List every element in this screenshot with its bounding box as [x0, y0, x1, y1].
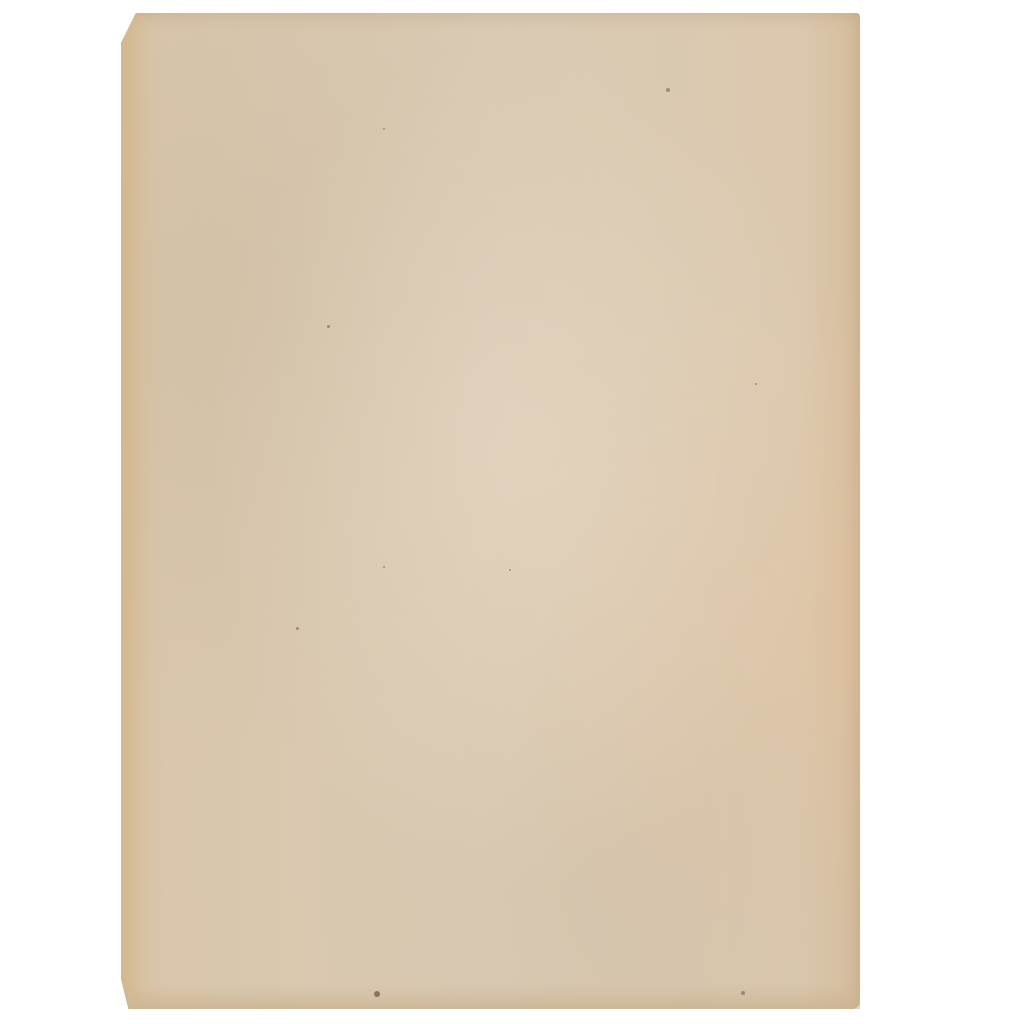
speck-mark	[374, 991, 380, 997]
speck-mark	[666, 88, 670, 92]
speck-mark	[509, 569, 511, 571]
speck-mark	[741, 991, 745, 995]
speck-mark	[296, 627, 299, 630]
speck-mark	[383, 128, 385, 130]
speck-mark	[383, 566, 385, 568]
photo-stage	[0, 0, 1024, 1024]
paper-bottom-edge-stain	[121, 983, 860, 1009]
speck-mark	[755, 383, 757, 385]
paper-left-edge-stain	[121, 13, 151, 1009]
aged-paper-sheet	[121, 13, 860, 1009]
speck-mark	[327, 325, 330, 328]
